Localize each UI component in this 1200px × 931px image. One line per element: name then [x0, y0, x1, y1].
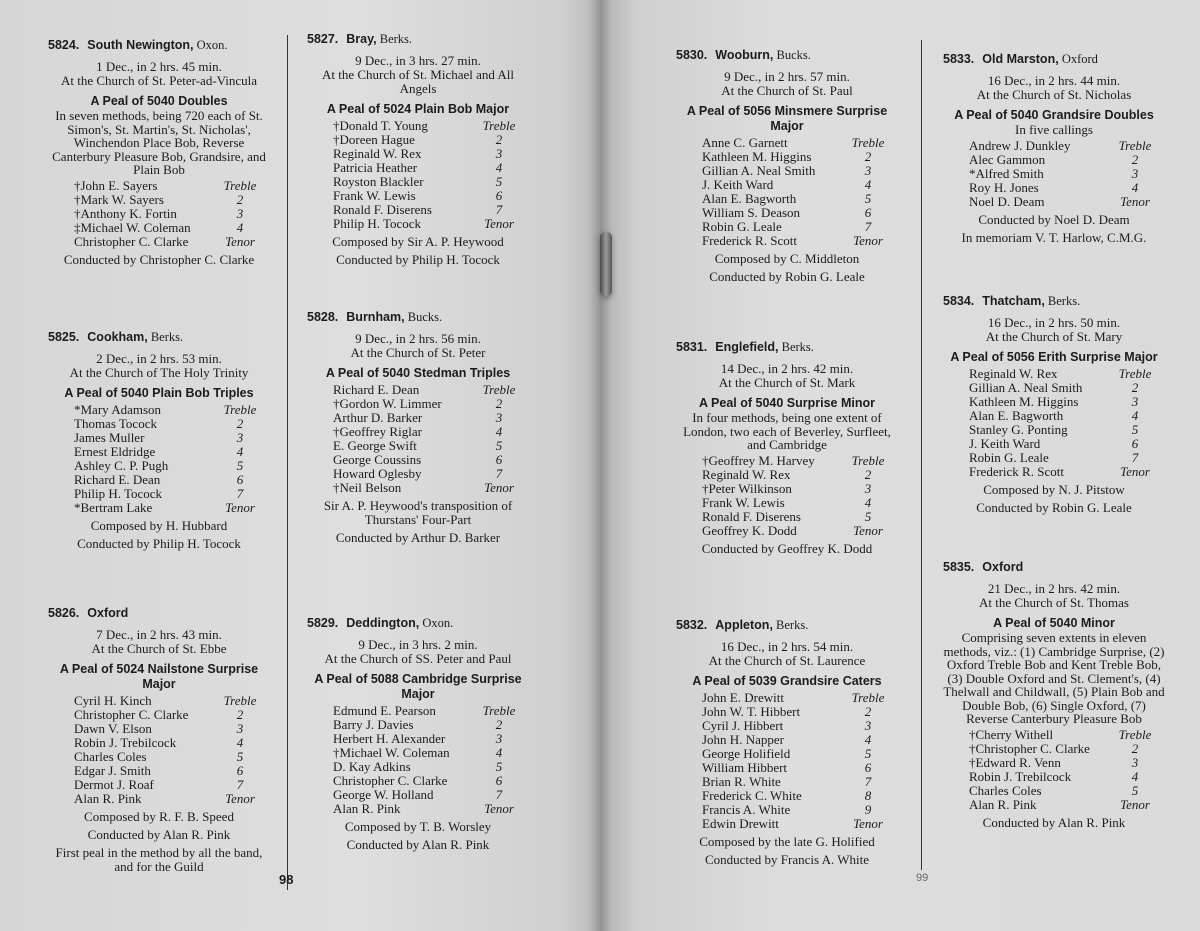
ringer-row: Philip H. Tocock7 — [48, 487, 270, 501]
band-list: Reginald W. RexTrebleGillian A. Neal Smi… — [943, 367, 1165, 479]
ringer-row: William S. Deason6 — [676, 206, 898, 220]
ringer-row: Robin G. Leale7 — [676, 220, 898, 234]
peal-number: 5827. — [307, 32, 338, 46]
church-name: At the Church of The Holy Trinity — [48, 366, 270, 380]
place-name: Bray, — [346, 32, 376, 46]
ringer-name: †Doreen Hague — [333, 133, 415, 147]
ringer-row: Charles Coles5 — [943, 784, 1165, 798]
ringer-name: Robin J. Trebilcock — [969, 770, 1071, 784]
bell-position: 9 — [848, 803, 888, 817]
ringer-name: Gillian A. Neal Smith — [702, 164, 815, 178]
bell-position: 3 — [1115, 167, 1155, 181]
bell-position: Tenor — [848, 234, 888, 248]
peal-title: A Peal of 5040 Minor — [943, 616, 1165, 631]
ringer-row: William Hibbert6 — [676, 761, 898, 775]
ringer-name: Reginald W. Rex — [969, 367, 1057, 381]
church-name: At the Church of St. Mary — [943, 330, 1165, 344]
bell-position: 2 — [479, 718, 519, 732]
church-name: At the Church of St. Paul — [676, 84, 898, 98]
ringer-row: Reginald W. Rex2 — [676, 468, 898, 482]
ringer-name: Anne C. Garnett — [702, 136, 788, 150]
ringer-row: Ashley C. P. Pugh5 — [48, 459, 270, 473]
ringer-row: Geoffrey K. DoddTenor — [676, 524, 898, 538]
band-list: John E. DrewittTrebleJohn W. T. Hibbert2… — [676, 691, 898, 831]
column-divider — [921, 40, 922, 870]
ringer-name: J. Keith Ward — [969, 437, 1040, 451]
bell-position: 6 — [479, 189, 519, 203]
peal-description: In seven methods, being 720 each of St. … — [48, 109, 270, 177]
ringer-name: William S. Deason — [702, 206, 800, 220]
church-name: At the Church of St. Mark — [676, 376, 898, 390]
band-list: †Geoffrey M. HarveyTrebleReginald W. Rex… — [676, 454, 898, 538]
ringer-name: Robin G. Leale — [969, 451, 1049, 465]
peal-number: 5828. — [307, 310, 338, 324]
bell-position: 3 — [220, 207, 260, 221]
peal-note: Conducted by Alan R. Pink — [307, 838, 529, 852]
ringer-name: Kathleen M. Higgins — [702, 150, 811, 164]
ringer-row: Richard E. Dean6 — [48, 473, 270, 487]
entry-heading: 5825.Cookham, Berks. — [48, 330, 270, 344]
ringer-name: Reginald W. Rex — [333, 147, 421, 161]
bell-position: 3 — [848, 164, 888, 178]
county-name: Oxon. — [197, 38, 228, 52]
ringer-row: †Geoffrey M. HarveyTreble — [676, 454, 898, 468]
staple-icon — [600, 232, 612, 296]
ringer-row: †Geoffrey Riglar4 — [307, 425, 529, 439]
peal-title: A Peal of 5088 Cambridge Surprise Major — [307, 672, 529, 702]
peal-entry-5827: 5827.Bray, Berks.9 Dec., in 3 hrs. 27 mi… — [307, 32, 529, 267]
ringer-row: John E. DrewittTreble — [676, 691, 898, 705]
ringer-row: J. Keith Ward6 — [943, 437, 1165, 451]
ringer-name: *Alfred Smith — [969, 167, 1044, 181]
ringer-name: Noel D. Deam — [969, 195, 1044, 209]
ringer-row: Brian R. White7 — [676, 775, 898, 789]
date-duration: 2 Dec., in 2 hrs. 53 min. — [48, 352, 270, 366]
date-duration: 21 Dec., in 2 hrs. 42 min. — [943, 582, 1165, 596]
bell-position: 7 — [1115, 451, 1155, 465]
column-divider — [287, 35, 288, 890]
ringer-name: John E. Drewitt — [702, 691, 784, 705]
county-name: Bucks. — [408, 310, 442, 324]
ringer-row: †Christopher C. Clarke2 — [943, 742, 1165, 756]
peal-number: 5834. — [943, 294, 974, 308]
ringer-row: Robin J. Trebilcock4 — [943, 770, 1165, 784]
place-name: Burnham, — [346, 310, 404, 324]
ringer-name: Frederick R. Scott — [969, 465, 1064, 479]
page-number-right: 99 — [916, 872, 928, 884]
bell-position: Tenor — [1115, 798, 1155, 812]
bell-position: 6 — [1115, 437, 1155, 451]
ringer-name: Alan E. Bagworth — [702, 192, 796, 206]
ringer-row: Edgar J. Smith6 — [48, 764, 270, 778]
bell-position: 5 — [848, 192, 888, 206]
bell-position: 2 — [220, 708, 260, 722]
bell-position: 3 — [479, 147, 519, 161]
page-number-left: 98 — [279, 872, 293, 887]
church-name: At the Church of St. Nicholas — [943, 88, 1165, 102]
ringer-name: Charles Coles — [74, 750, 147, 764]
ringer-name: Stanley G. Ponting — [969, 423, 1068, 437]
bell-position: 6 — [848, 761, 888, 775]
bell-position: Treble — [220, 179, 260, 193]
peal-number: 5831. — [676, 340, 707, 354]
ringer-name: E. George Swift — [333, 439, 417, 453]
ringer-name: Edmund E. Pearson — [333, 704, 436, 718]
ringer-name: Roy H. Jones — [969, 181, 1039, 195]
peal-entry-5834: 5834.Thatcham, Berks.16 Dec., in 2 hrs. … — [943, 294, 1165, 515]
peal-note: Conducted by Philip H. Tocock — [48, 537, 270, 551]
band-list: *Mary AdamsonTrebleThomas Tocock2James M… — [48, 403, 270, 515]
date-duration: 16 Dec., in 2 hrs. 54 min. — [676, 640, 898, 654]
place-name: Englefield, — [715, 340, 778, 354]
peal-entry-5825: 5825.Cookham, Berks.2 Dec., in 2 hrs. 53… — [48, 330, 270, 551]
ringer-name: Richard E. Dean — [333, 383, 419, 397]
ringer-name: Brian R. White — [702, 775, 781, 789]
ringer-row: Frederick C. White8 — [676, 789, 898, 803]
bell-position: 3 — [220, 431, 260, 445]
entry-heading: 5833.Old Marston, Oxford — [943, 52, 1165, 66]
ringer-row: Arthur D. Barker3 — [307, 411, 529, 425]
bell-position: Tenor — [1115, 465, 1155, 479]
ringer-name: Christopher C. Clarke — [74, 708, 188, 722]
ringer-name: Christopher C. Clarke — [74, 235, 188, 249]
bell-position: 7 — [479, 788, 519, 802]
bell-position: 5 — [220, 459, 260, 473]
church-name: At the Church of St. Laurence — [676, 654, 898, 668]
date-duration: 9 Dec., in 2 hrs. 57 min. — [676, 70, 898, 84]
band-list: Anne C. GarnettTrebleKathleen M. Higgins… — [676, 136, 898, 248]
place-name: Old Marston, — [982, 52, 1058, 66]
date-duration: 9 Dec., in 3 hrs. 27 min. — [307, 54, 529, 68]
place-name: Appleton, — [715, 618, 773, 632]
ringer-row: George Coussins6 — [307, 453, 529, 467]
peal-note: Composed by N. J. Pitstow — [943, 483, 1165, 497]
peal-number: 5826. — [48, 606, 79, 620]
bell-position: 6 — [479, 453, 519, 467]
peal-note: Composed by C. Middleton — [676, 252, 898, 266]
peal-title: A Peal of 5040 Grandsire Doubles — [943, 108, 1165, 123]
bell-position: 2 — [220, 193, 260, 207]
peal-note: Conducted by Francis A. White — [676, 853, 898, 867]
bell-position: 4 — [848, 733, 888, 747]
ringer-name: Royston Blackler — [333, 175, 424, 189]
peal-entry-5831: 5831.Englefield, Berks.14 Dec., in 2 hrs… — [676, 340, 898, 556]
bell-position: 2 — [479, 397, 519, 411]
ringer-row: Dawn V. Elson3 — [48, 722, 270, 736]
bell-position: 6 — [479, 774, 519, 788]
peal-title: A Peal of 5056 Minsmere Surprise Major — [676, 104, 898, 134]
entry-heading: 5826.Oxford — [48, 606, 270, 620]
ringer-name: Andrew J. Dunkley — [969, 139, 1070, 153]
bell-position: 7 — [220, 487, 260, 501]
entry-heading: 5831.Englefield, Berks. — [676, 340, 898, 354]
church-name: At the Church of St. Michael and All Ang… — [307, 68, 529, 96]
ringer-row: †Anthony K. Fortin3 — [48, 207, 270, 221]
ringer-row: *Mary AdamsonTreble — [48, 403, 270, 417]
date-duration: 14 Dec., in 2 hrs. 42 min. — [676, 362, 898, 376]
ringer-name: Barry J. Davies — [333, 718, 414, 732]
peal-title: A Peal of 5040 Stedman Triples — [307, 366, 529, 381]
bell-position: 3 — [1115, 395, 1155, 409]
bell-position: 5 — [1115, 784, 1155, 798]
ringer-name: †John E. Sayers — [74, 179, 157, 193]
ringer-name: ‡Michael W. Coleman — [74, 221, 191, 235]
band-list: Cyril H. KinchTrebleChristopher C. Clark… — [48, 694, 270, 806]
ringer-name: John H. Napper — [702, 733, 784, 747]
ringer-row: Ronald F. Diserens7 — [307, 203, 529, 217]
peal-note: Composed by the late G. Holified — [676, 835, 898, 849]
ringer-row: †Cherry WithellTreble — [943, 728, 1165, 742]
bell-position: 2 — [848, 150, 888, 164]
entry-heading: 5829.Deddington, Oxon. — [307, 616, 529, 630]
ringer-name: Alan R. Pink — [969, 798, 1037, 812]
bell-position: 2 — [848, 468, 888, 482]
ringer-row: ‡Michael W. Coleman4 — [48, 221, 270, 235]
ringer-name: †Gordon W. Limmer — [333, 397, 442, 411]
ringer-name: Robin G. Leale — [702, 220, 782, 234]
ringer-row: Patricia Heather4 — [307, 161, 529, 175]
date-duration: 16 Dec., in 2 hrs. 44 min. — [943, 74, 1165, 88]
place-name: Deddington, — [346, 616, 419, 630]
bell-position: 4 — [479, 161, 519, 175]
bell-position: 3 — [848, 482, 888, 496]
ringer-name: Philip H. Tocock — [74, 487, 162, 501]
peal-title: A Peal of 5040 Plain Bob Triples — [48, 386, 270, 401]
peal-entry-5830: 5830.Wooburn, Bucks.9 Dec., in 2 hrs. 57… — [676, 48, 898, 284]
bell-position: 7 — [479, 203, 519, 217]
bell-position: Treble — [1115, 728, 1155, 742]
ringer-name: †Michael W. Coleman — [333, 746, 450, 760]
bell-position: 7 — [848, 775, 888, 789]
ringer-row: Christopher C. Clarke2 — [48, 708, 270, 722]
ringer-row: George Holifield5 — [676, 747, 898, 761]
ringer-name: Cyril H. Kinch — [74, 694, 152, 708]
bell-position: Treble — [220, 694, 260, 708]
peal-number: 5824. — [48, 38, 79, 52]
bell-position: Tenor — [479, 481, 519, 495]
ringer-name: †Neil Belson — [333, 481, 401, 495]
peal-note: Conducted by Alan R. Pink — [943, 816, 1165, 830]
entry-heading: 5828.Burnham, Bucks. — [307, 310, 529, 324]
ringer-name: Alan E. Bagworth — [969, 409, 1063, 423]
place-name: Thatcham, — [982, 294, 1045, 308]
ringer-row: Frederick R. ScottTenor — [676, 234, 898, 248]
ringer-row: *Alfred Smith3 — [943, 167, 1165, 181]
county-name: Berks. — [776, 618, 808, 632]
peal-note: In memoriam V. T. Harlow, C.M.G. — [943, 231, 1165, 245]
county-name: Berks. — [1048, 294, 1080, 308]
ringer-name: Edgar J. Smith — [74, 764, 151, 778]
peal-note: Sir A. P. Heywood's transposition of Thu… — [307, 499, 529, 527]
ringer-name: George Coussins — [333, 453, 421, 467]
ringer-row: Roy H. Jones4 — [943, 181, 1165, 195]
ringer-name: William Hibbert — [702, 761, 787, 775]
ringer-row: Reginald W. RexTreble — [943, 367, 1165, 381]
ringer-row: Richard E. DeanTreble — [307, 383, 529, 397]
bell-position: 2 — [479, 133, 519, 147]
ringer-row: Thomas Tocock2 — [48, 417, 270, 431]
ringer-name: Dawn V. Elson — [74, 722, 152, 736]
bell-position: 8 — [848, 789, 888, 803]
peal-entry-5829: 5829.Deddington, Oxon.9 Dec., in 3 hrs. … — [307, 616, 529, 852]
ringer-name: Robin J. Trebilcock — [74, 736, 176, 750]
ringer-name: Gillian A. Neal Smith — [969, 381, 1082, 395]
place-name: Oxford — [87, 606, 128, 620]
ringer-row: Christopher C. Clarke6 — [307, 774, 529, 788]
ringer-name: †Christopher C. Clarke — [969, 742, 1090, 756]
bell-position: 7 — [220, 778, 260, 792]
ringer-row: Howard Oglesby7 — [307, 467, 529, 481]
bell-position: 5 — [220, 750, 260, 764]
ringer-name: †Geoffrey M. Harvey — [702, 454, 815, 468]
ringer-name: †Cherry Withell — [969, 728, 1053, 742]
ringer-name: Ronald F. Diserens — [333, 203, 432, 217]
ringer-row: Alan E. Bagworth4 — [943, 409, 1165, 423]
ringer-row: Alec Gammon2 — [943, 153, 1165, 167]
ringer-name: Frederick C. White — [702, 789, 802, 803]
entry-heading: 5834.Thatcham, Berks. — [943, 294, 1165, 308]
bell-position: Treble — [479, 383, 519, 397]
bell-position: 4 — [1115, 409, 1155, 423]
peal-note: Conducted by Noel D. Deam — [943, 213, 1165, 227]
ringer-row: D. Kay Adkins5 — [307, 760, 529, 774]
ringer-name: Dermot J. Roaf — [74, 778, 154, 792]
date-duration: 16 Dec., in 2 hrs. 50 min. — [943, 316, 1165, 330]
ringer-row: Ernest Eldridge4 — [48, 445, 270, 459]
ringer-row: Robin J. Trebilcock4 — [48, 736, 270, 750]
ringer-row: Kathleen M. Higgins2 — [676, 150, 898, 164]
bell-position: 6 — [220, 764, 260, 778]
peal-title: A Peal of 5040 Doubles — [48, 94, 270, 109]
ringer-name: John W. T. Hibbert — [702, 705, 800, 719]
ringer-name: Geoffrey K. Dodd — [702, 524, 797, 538]
band-list: Richard E. DeanTreble†Gordon W. Limmer2A… — [307, 383, 529, 495]
county-name: Berks. — [151, 330, 183, 344]
bell-position: 5 — [479, 175, 519, 189]
ringer-row: †Gordon W. Limmer2 — [307, 397, 529, 411]
peal-number: 5833. — [943, 52, 974, 66]
peal-title: A Peal of 5024 Nailstone Surprise Major — [48, 662, 270, 692]
bell-position: 3 — [848, 719, 888, 733]
bell-position: 3 — [479, 732, 519, 746]
ringer-row: Edmund E. PearsonTreble — [307, 704, 529, 718]
peal-note: Conducted by Philip H. Tocock — [307, 253, 529, 267]
ringer-row: Francis A. White9 — [676, 803, 898, 817]
ringer-row: Frederick R. ScottTenor — [943, 465, 1165, 479]
place-name: South Newington, — [87, 38, 193, 52]
peal-title: A Peal of 5024 Plain Bob Major — [307, 102, 529, 117]
ringer-row: Ronald F. Diserens5 — [676, 510, 898, 524]
church-name: At the Church of St. Peter — [307, 346, 529, 360]
ringer-name: Arthur D. Barker — [333, 411, 422, 425]
peal-number: 5830. — [676, 48, 707, 62]
ringer-name: Ernest Eldridge — [74, 445, 155, 459]
bell-position: 2 — [1115, 381, 1155, 395]
ringer-name: †Peter Wilkinson — [702, 482, 792, 496]
bell-position: 2 — [1115, 153, 1155, 167]
ringer-row: †Neil BelsonTenor — [307, 481, 529, 495]
peal-entry-5824: 5824.South Newington, Oxon.1 Dec., in 2 … — [48, 38, 270, 267]
date-duration: 9 Dec., in 2 hrs. 56 min. — [307, 332, 529, 346]
ringer-name: J. Keith Ward — [702, 178, 773, 192]
peal-entry-5828: 5828.Burnham, Bucks.9 Dec., in 2 hrs. 56… — [307, 310, 529, 545]
peal-note: Conducted by Robin G. Leale — [943, 501, 1165, 515]
bell-position: 4 — [220, 445, 260, 459]
peal-number: 5832. — [676, 618, 707, 632]
entry-heading: 5827.Bray, Berks. — [307, 32, 529, 46]
bell-position: 5 — [479, 439, 519, 453]
ringer-name: Frederick R. Scott — [702, 234, 797, 248]
peal-note: Conducted by Geoffrey K. Dodd — [676, 542, 898, 556]
bell-position: Tenor — [220, 501, 260, 515]
ringer-name: Charles Coles — [969, 784, 1042, 798]
ringer-row: Alan R. PinkTenor — [307, 802, 529, 816]
bell-position: 2 — [1115, 742, 1155, 756]
peal-entry-5833: 5833.Old Marston, Oxford16 Dec., in 2 hr… — [943, 52, 1165, 245]
ringer-row: Stanley G. Ponting5 — [943, 423, 1165, 437]
bell-position: 4 — [220, 736, 260, 750]
band-list: †John E. SayersTreble†Mark W. Sayers2†An… — [48, 179, 270, 249]
church-name: At the Church of St. Ebbe — [48, 642, 270, 656]
peal-description: In five callings — [943, 123, 1165, 137]
bell-position: 3 — [479, 411, 519, 425]
bell-position: 5 — [848, 510, 888, 524]
ringer-row: Alan R. PinkTenor — [943, 798, 1165, 812]
ringer-name: †Anthony K. Fortin — [74, 207, 177, 221]
ringer-row: Alan R. PinkTenor — [48, 792, 270, 806]
church-name: At the Church of St. Thomas — [943, 596, 1165, 610]
ringer-row: †Doreen Hague2 — [307, 133, 529, 147]
ringer-row: Noel D. DeamTenor — [943, 195, 1165, 209]
ringer-name: Frank W. Lewis — [333, 189, 416, 203]
ringer-name: Kathleen M. Higgins — [969, 395, 1078, 409]
peal-note: Conducted by Arthur D. Barker — [307, 531, 529, 545]
ringer-row: J. Keith Ward4 — [676, 178, 898, 192]
peal-entry-5832: 5832.Appleton, Berks.16 Dec., in 2 hrs. … — [676, 618, 898, 867]
bell-position: Tenor — [220, 235, 260, 249]
ringer-row: Edwin DrewittTenor — [676, 817, 898, 831]
ringer-name: Thomas Tocock — [74, 417, 157, 431]
bell-position: 6 — [220, 473, 260, 487]
bell-position: Treble — [848, 691, 888, 705]
ringer-row: John H. Napper4 — [676, 733, 898, 747]
bell-position: Tenor — [479, 217, 519, 231]
ringer-row: John W. T. Hibbert2 — [676, 705, 898, 719]
place-name: Oxford — [982, 560, 1023, 574]
ringer-row: Barry J. Davies2 — [307, 718, 529, 732]
bell-position: 4 — [1115, 181, 1155, 195]
entry-heading: 5824.South Newington, Oxon. — [48, 38, 270, 52]
ringer-name: †Mark W. Sayers — [74, 193, 164, 207]
bell-position: 5 — [848, 747, 888, 761]
peal-description: Comprising seven extents in eleven metho… — [943, 631, 1165, 726]
ringer-name: Richard E. Dean — [74, 473, 160, 487]
peal-description: In four methods, being one extent of Lon… — [676, 411, 898, 452]
bell-position: Treble — [479, 704, 519, 718]
ringer-name: Edwin Drewitt — [702, 817, 779, 831]
entry-heading: 5835.Oxford — [943, 560, 1165, 574]
bell-position: 3 — [1115, 756, 1155, 770]
peal-note: Composed by Sir A. P. Heywood — [307, 235, 529, 249]
ringer-row: Andrew J. DunkleyTreble — [943, 139, 1165, 153]
bell-position: 4 — [220, 221, 260, 235]
bell-position: Treble — [479, 119, 519, 133]
place-name: Cookham, — [87, 330, 147, 344]
peal-note: Conducted by Robin G. Leale — [676, 270, 898, 284]
book-gutter — [588, 0, 612, 931]
ringer-row: Charles Coles5 — [48, 750, 270, 764]
ringer-row: †John E. SayersTreble — [48, 179, 270, 193]
